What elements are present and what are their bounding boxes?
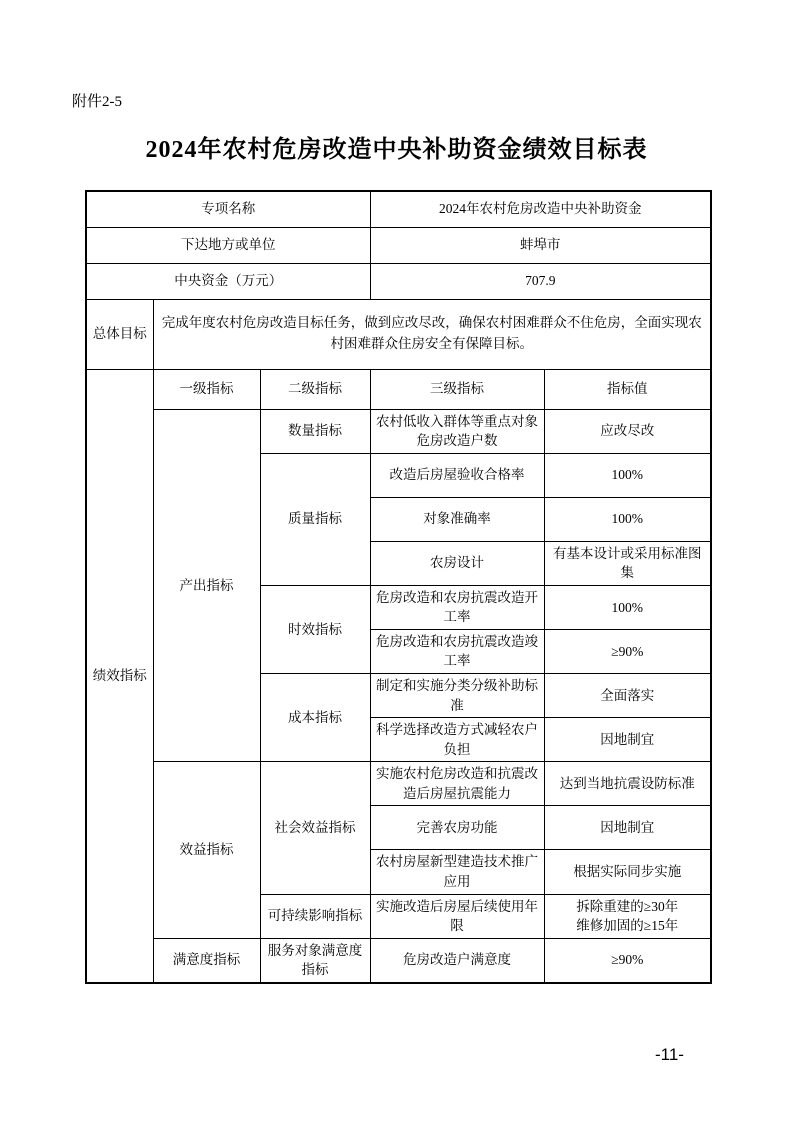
value-cell: ≥90% — [544, 938, 711, 983]
page-number: -11- — [655, 1045, 684, 1065]
overall-goal-row: 总体目标 完成年度农村危房改造目标任务，做到应改尽改，确保农村困难群众不住危房，… — [86, 299, 711, 369]
level1-cell: 效益指标 — [153, 762, 260, 938]
info-row-central-funds: 中央资金（万元） 707.9 — [86, 263, 711, 299]
level3-cell: 完善农房功能 — [370, 806, 544, 850]
level3-cell: 对象准确率 — [370, 497, 544, 541]
value-cell: 因地制宜 — [544, 718, 711, 762]
indicator-row: 满意度指标 服务对象满意度指标 危房改造户满意度 ≥90% — [86, 938, 711, 983]
level2-cell: 可持续影响指标 — [260, 894, 370, 938]
info-label-cell: 下达地方或单位 — [86, 227, 370, 263]
level2-cell: 成本指标 — [260, 674, 370, 762]
info-row-region: 下达地方或单位 蚌埠市 — [86, 227, 711, 263]
attachment-label: 附件2-5 — [72, 90, 122, 111]
level2-cell: 时效指标 — [260, 585, 370, 673]
value-cell: 因地制宜 — [544, 806, 711, 850]
indicator-header-row: 绩效指标 一级指标 二级指标 三级指标 指标值 — [86, 369, 711, 409]
performance-target-table: 专项名称 2024年农村危房改造中央补助资金 下达地方或单位 蚌埠市 中央资金（… — [85, 190, 712, 984]
level3-cell: 实施改造后房屋后续使用年限 — [370, 894, 544, 938]
level3-cell: 危房改造户满意度 — [370, 938, 544, 983]
header-level1-cell: 一级指标 — [153, 369, 260, 409]
level1-cell: 产出指标 — [153, 409, 260, 762]
indicator-row: 产出指标 数量指标 农村低收入群体等重点对象危房改造户数 应改尽改 — [86, 409, 711, 453]
value-cell: 全面落实 — [544, 674, 711, 718]
header-level2-cell: 二级指标 — [260, 369, 370, 409]
value-cell: 100% — [544, 453, 711, 497]
indicator-section-cell: 绩效指标 — [86, 369, 153, 983]
header-value-cell: 指标值 — [544, 369, 711, 409]
level2-cell: 社会效益指标 — [260, 762, 370, 894]
value-cell: 达到当地抗震设防标准 — [544, 762, 711, 806]
header-level3-cell: 三级指标 — [370, 369, 544, 409]
info-row-special-name: 专项名称 2024年农村危房改造中央补助资金 — [86, 191, 711, 227]
value-cell: 应改尽改 — [544, 409, 711, 453]
level2-cell: 服务对象满意度指标 — [260, 938, 370, 983]
info-label-cell: 专项名称 — [86, 191, 370, 227]
level3-cell: 科学选择改造方式减轻农户负担 — [370, 718, 544, 762]
info-value-cell: 707.9 — [370, 263, 711, 299]
level3-cell: 危房改造和农房抗震改造开工率 — [370, 585, 544, 629]
overall-goal-text-cell: 完成年度农村危房改造目标任务，做到应改尽改，确保农村困难群众不住危房，全面实现农… — [153, 299, 711, 369]
value-cell: 100% — [544, 585, 711, 629]
level2-cell: 数量指标 — [260, 409, 370, 453]
level3-cell: 农房设计 — [370, 541, 544, 585]
overall-goal-label-cell: 总体目标 — [86, 299, 153, 369]
level2-cell: 质量指标 — [260, 453, 370, 585]
level3-cell: 农村低收入群体等重点对象危房改造户数 — [370, 409, 544, 453]
level3-cell: 危房改造和农房抗震改造竣工率 — [370, 629, 544, 673]
value-cell: 有基本设计或采用标准图集 — [544, 541, 711, 585]
level3-cell: 农村房屋新型建造技术推广应用 — [370, 850, 544, 894]
value-cell: ≥90% — [544, 629, 711, 673]
level3-cell: 实施农村危房改造和抗震改造后房屋抗震能力 — [370, 762, 544, 806]
level1-cell: 满意度指标 — [153, 938, 260, 983]
value-cell: 根据实际同步实施 — [544, 850, 711, 894]
value-cell: 100% — [544, 497, 711, 541]
value-cell: 拆除重建的≥30年 维修加固的≥15年 — [544, 894, 711, 938]
level3-cell: 制定和实施分类分级补助标准 — [370, 674, 544, 718]
info-value-cell: 2024年农村危房改造中央补助资金 — [370, 191, 711, 227]
level3-cell: 改造后房屋验收合格率 — [370, 453, 544, 497]
info-value-cell: 蚌埠市 — [370, 227, 711, 263]
info-label-cell: 中央资金（万元） — [86, 263, 370, 299]
indicator-row: 效益指标 社会效益指标 实施农村危房改造和抗震改造后房屋抗震能力 达到当地抗震设… — [86, 762, 711, 806]
document-page: 附件2-5 2024年农村危房改造中央补助资金绩效目标表 专项名称 2024年农… — [0, 0, 793, 1122]
page-title: 2024年农村危房改造中央补助资金绩效目标表 — [0, 129, 793, 164]
